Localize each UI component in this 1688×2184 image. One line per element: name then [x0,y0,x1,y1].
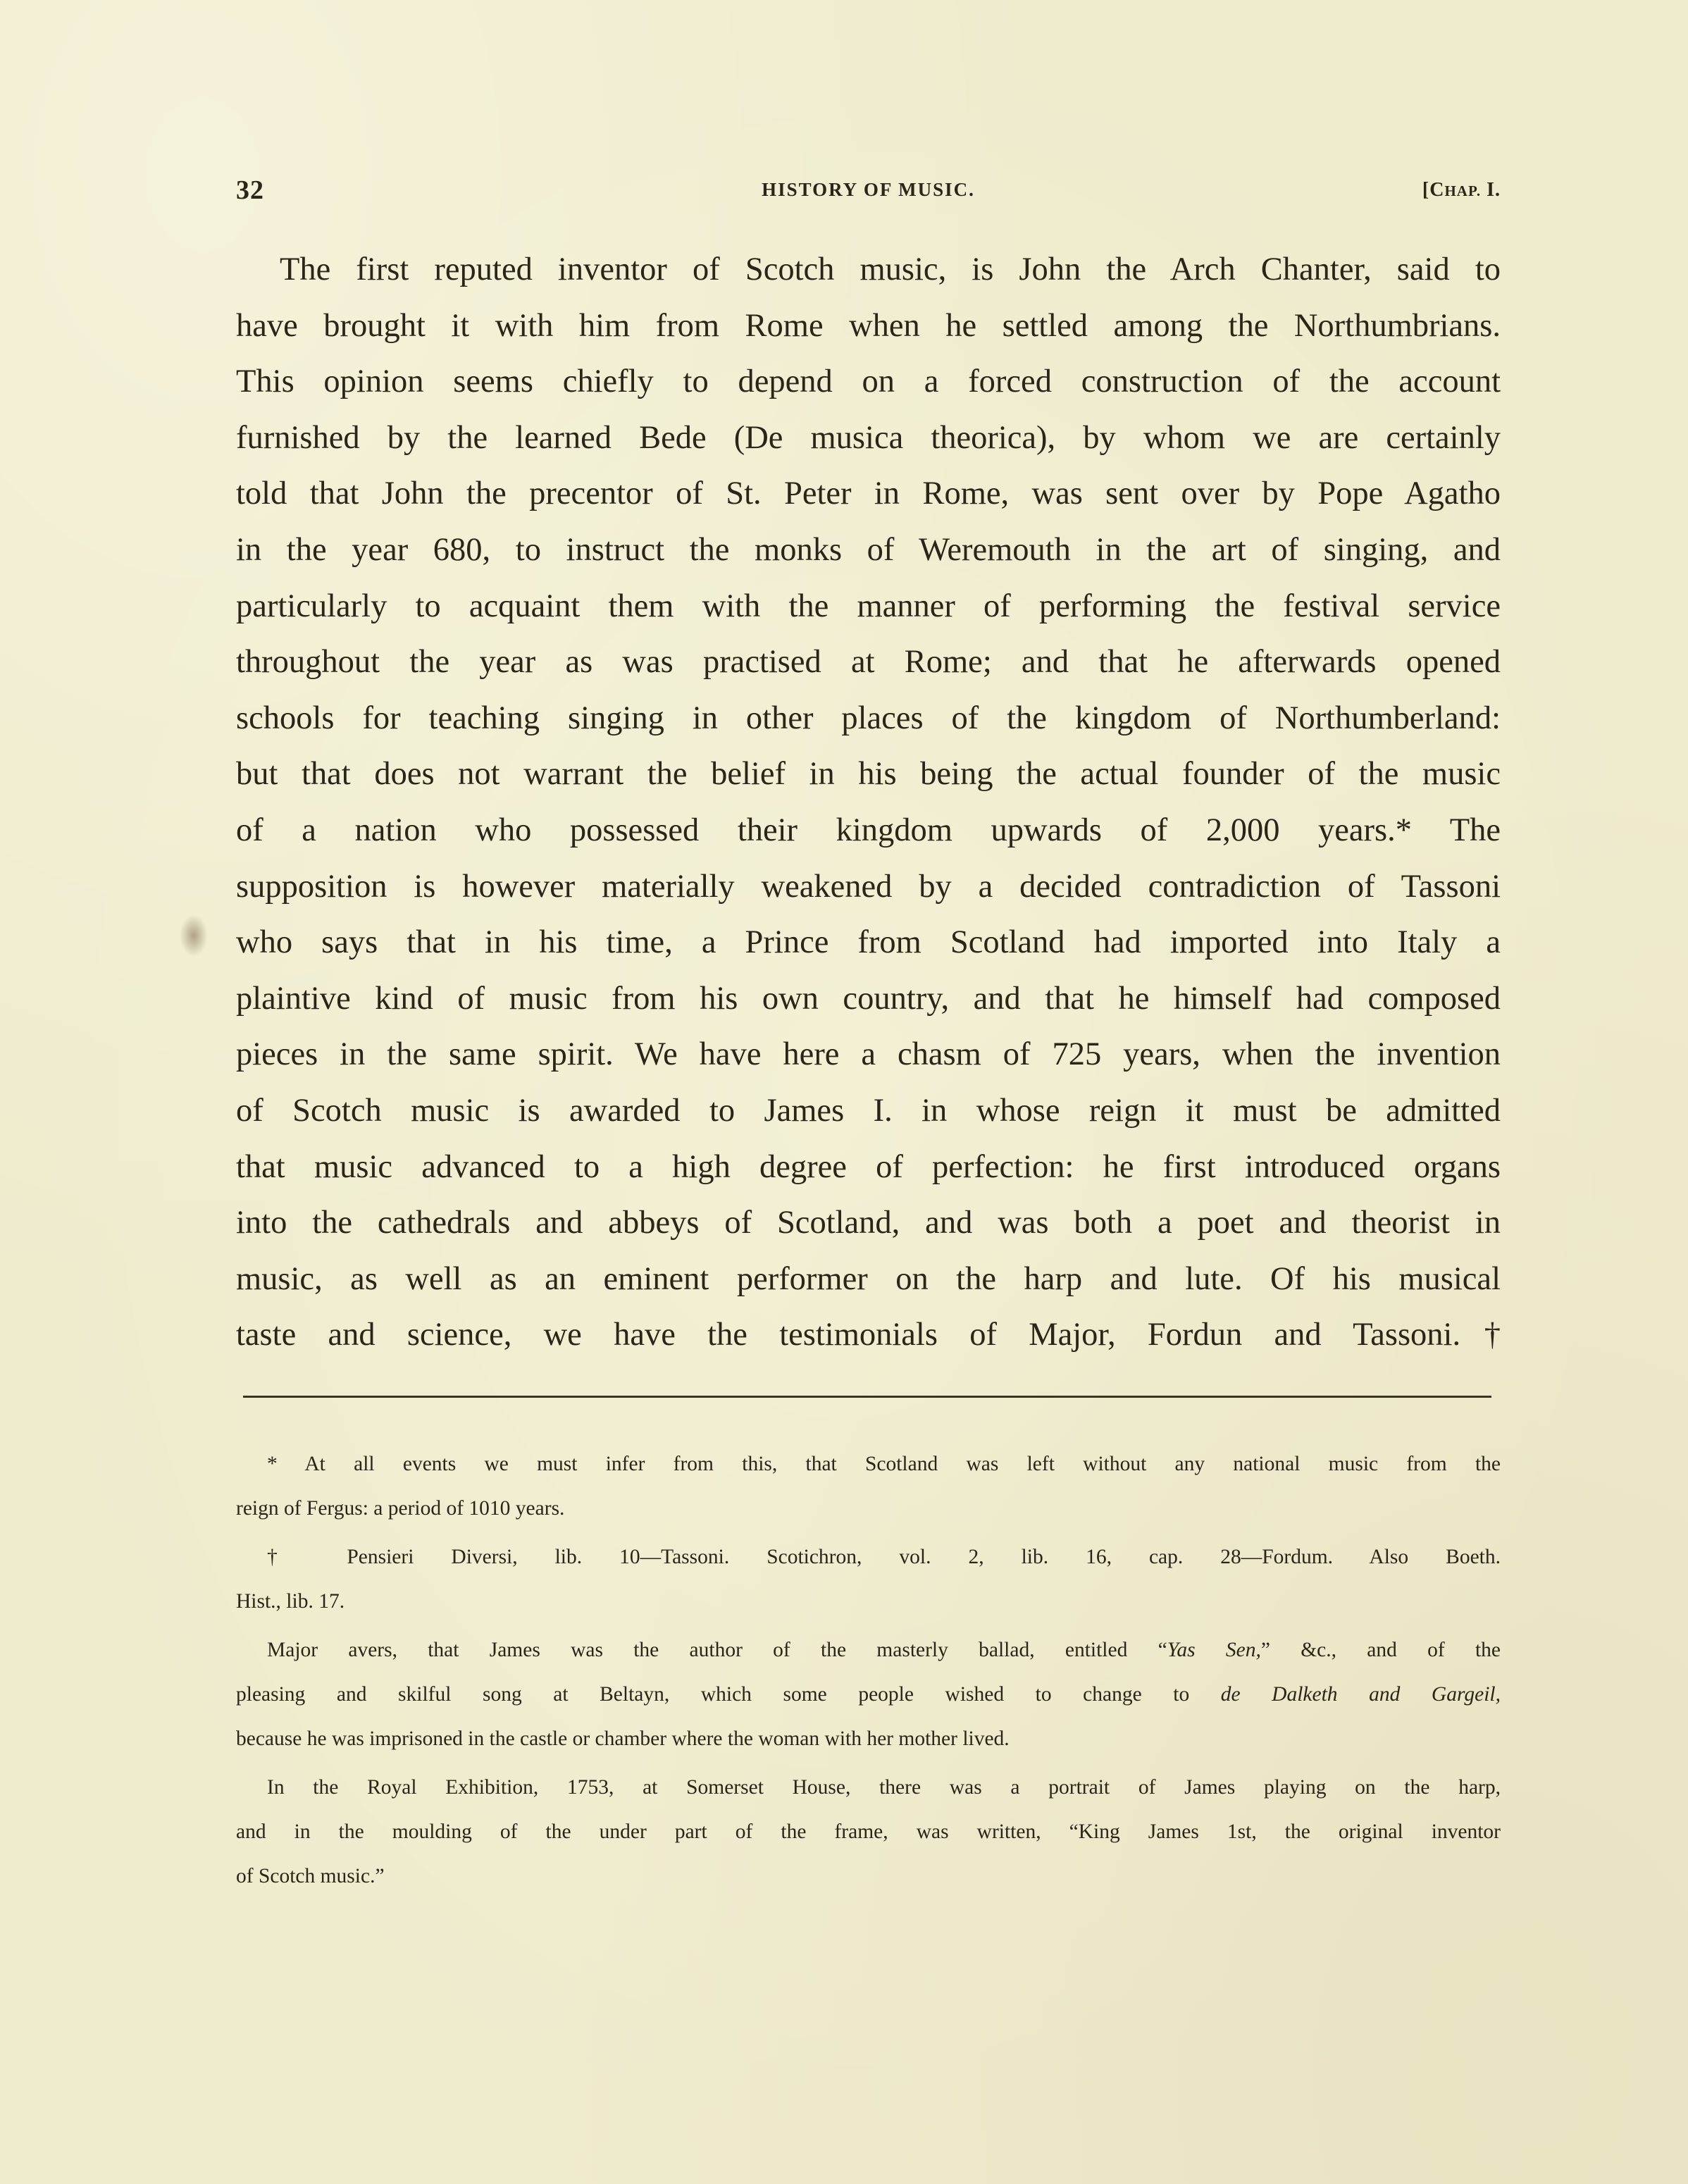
body-line: music, as well as an eminent performer o… [236,1251,1501,1308]
footnote-line: and in the moulding of the under part of… [236,1810,1501,1854]
body-line: in the year 680, to instruct the monks o… [236,522,1501,578]
book-page: 32 HISTORY OF MUSIC. [CHAP. I. The first… [0,0,1688,2184]
body-line: plaintive kind of music from his own cou… [236,971,1501,1027]
footnote-asterisk: * At all events we must infer from this,… [236,1442,1501,1531]
body-line: into the cathedrals and abbeys of Scotla… [236,1195,1501,1251]
footnote-line: reign of Fergus: a period of 1010 years. [236,1487,1501,1531]
body-line: furnished by the learned Bede (De musica… [236,410,1501,466]
body-paragraph: The first reputed inventor of Scotch mus… [236,242,1501,1363]
footnote-line: pleasing and skilful song at Beltayn, wh… [236,1673,1501,1717]
footnote-royal-exhibition: In the Royal Exhibition, 1753, at Somers… [236,1766,1501,1899]
body-line: of Scotch music is awarded to James I. i… [236,1083,1501,1139]
body-line: of a nation who possessed their kingdom … [236,802,1501,859]
footnote-line: because he was imprisoned in the castle … [236,1717,1501,1761]
footnote-line: Major avers, that James was the author o… [236,1628,1501,1673]
body-line: but that does not warrant the belief in … [236,746,1501,802]
chapter-smallcaps: HAP. [1444,182,1481,199]
body-line: told that John the precentor of St. Pete… [236,466,1501,522]
body-line: throughout the year as was practised at … [236,634,1501,690]
chapter-prefix: [C [1422,179,1445,201]
footnote-rule [243,1396,1491,1398]
footnote-line: † Pensieri Diversi, lib. 10—Tassoni. Sco… [236,1535,1501,1580]
running-title: HISTORY OF MUSIC. [236,179,1501,201]
body-line: have brought it with him from Rome when … [236,298,1501,354]
body-line: supposition is however materially weaken… [236,859,1501,915]
ink-smudge [180,914,208,957]
body-line: who says that in his time, a Prince from… [236,914,1501,971]
body-line: particularly to acquaint them with the m… [236,578,1501,635]
body-line: The first reputed inventor of Scotch mus… [236,242,1501,298]
chapter-number: I. [1481,179,1501,201]
footnote-line: * At all events we must infer from this,… [236,1442,1501,1487]
footnote-line: of Scotch music.” [236,1854,1501,1899]
footnote-line: Hist., lib. 17. [236,1580,1501,1624]
body-line: that music advanced to a high degree of … [236,1139,1501,1196]
chapter-label: [CHAP. I. [1422,179,1501,201]
body-line: pieces in the same spirit. We have here … [236,1026,1501,1083]
footnote-italic-title: de Dalketh and Gargeil, [1221,1683,1501,1706]
footnote-italic-title: Yas Sen, [1167,1639,1261,1661]
body-line: taste and science, we have the testimoni… [236,1307,1501,1363]
footnote-text: pleasing and skilful song at Beltayn, wh… [236,1683,1221,1706]
footnote-dagger: † Pensieri Diversi, lib. 10—Tassoni. Sco… [236,1535,1501,1624]
running-head: 32 HISTORY OF MUSIC. [CHAP. I. [236,175,1501,210]
footnote-major: Major avers, that James was the author o… [236,1628,1501,1761]
footnote-text: ” &c., and of the [1261,1639,1501,1661]
footnote-text: Major avers, that James was the author o… [267,1639,1167,1661]
footnote-line: In the Royal Exhibition, 1753, at Somers… [236,1766,1501,1810]
body-line: schools for teaching singing in other pl… [236,690,1501,747]
footnotes: * At all events we must infer from this,… [236,1442,1501,1899]
body-line: This opinion seems chiefly to depend on … [236,354,1501,410]
